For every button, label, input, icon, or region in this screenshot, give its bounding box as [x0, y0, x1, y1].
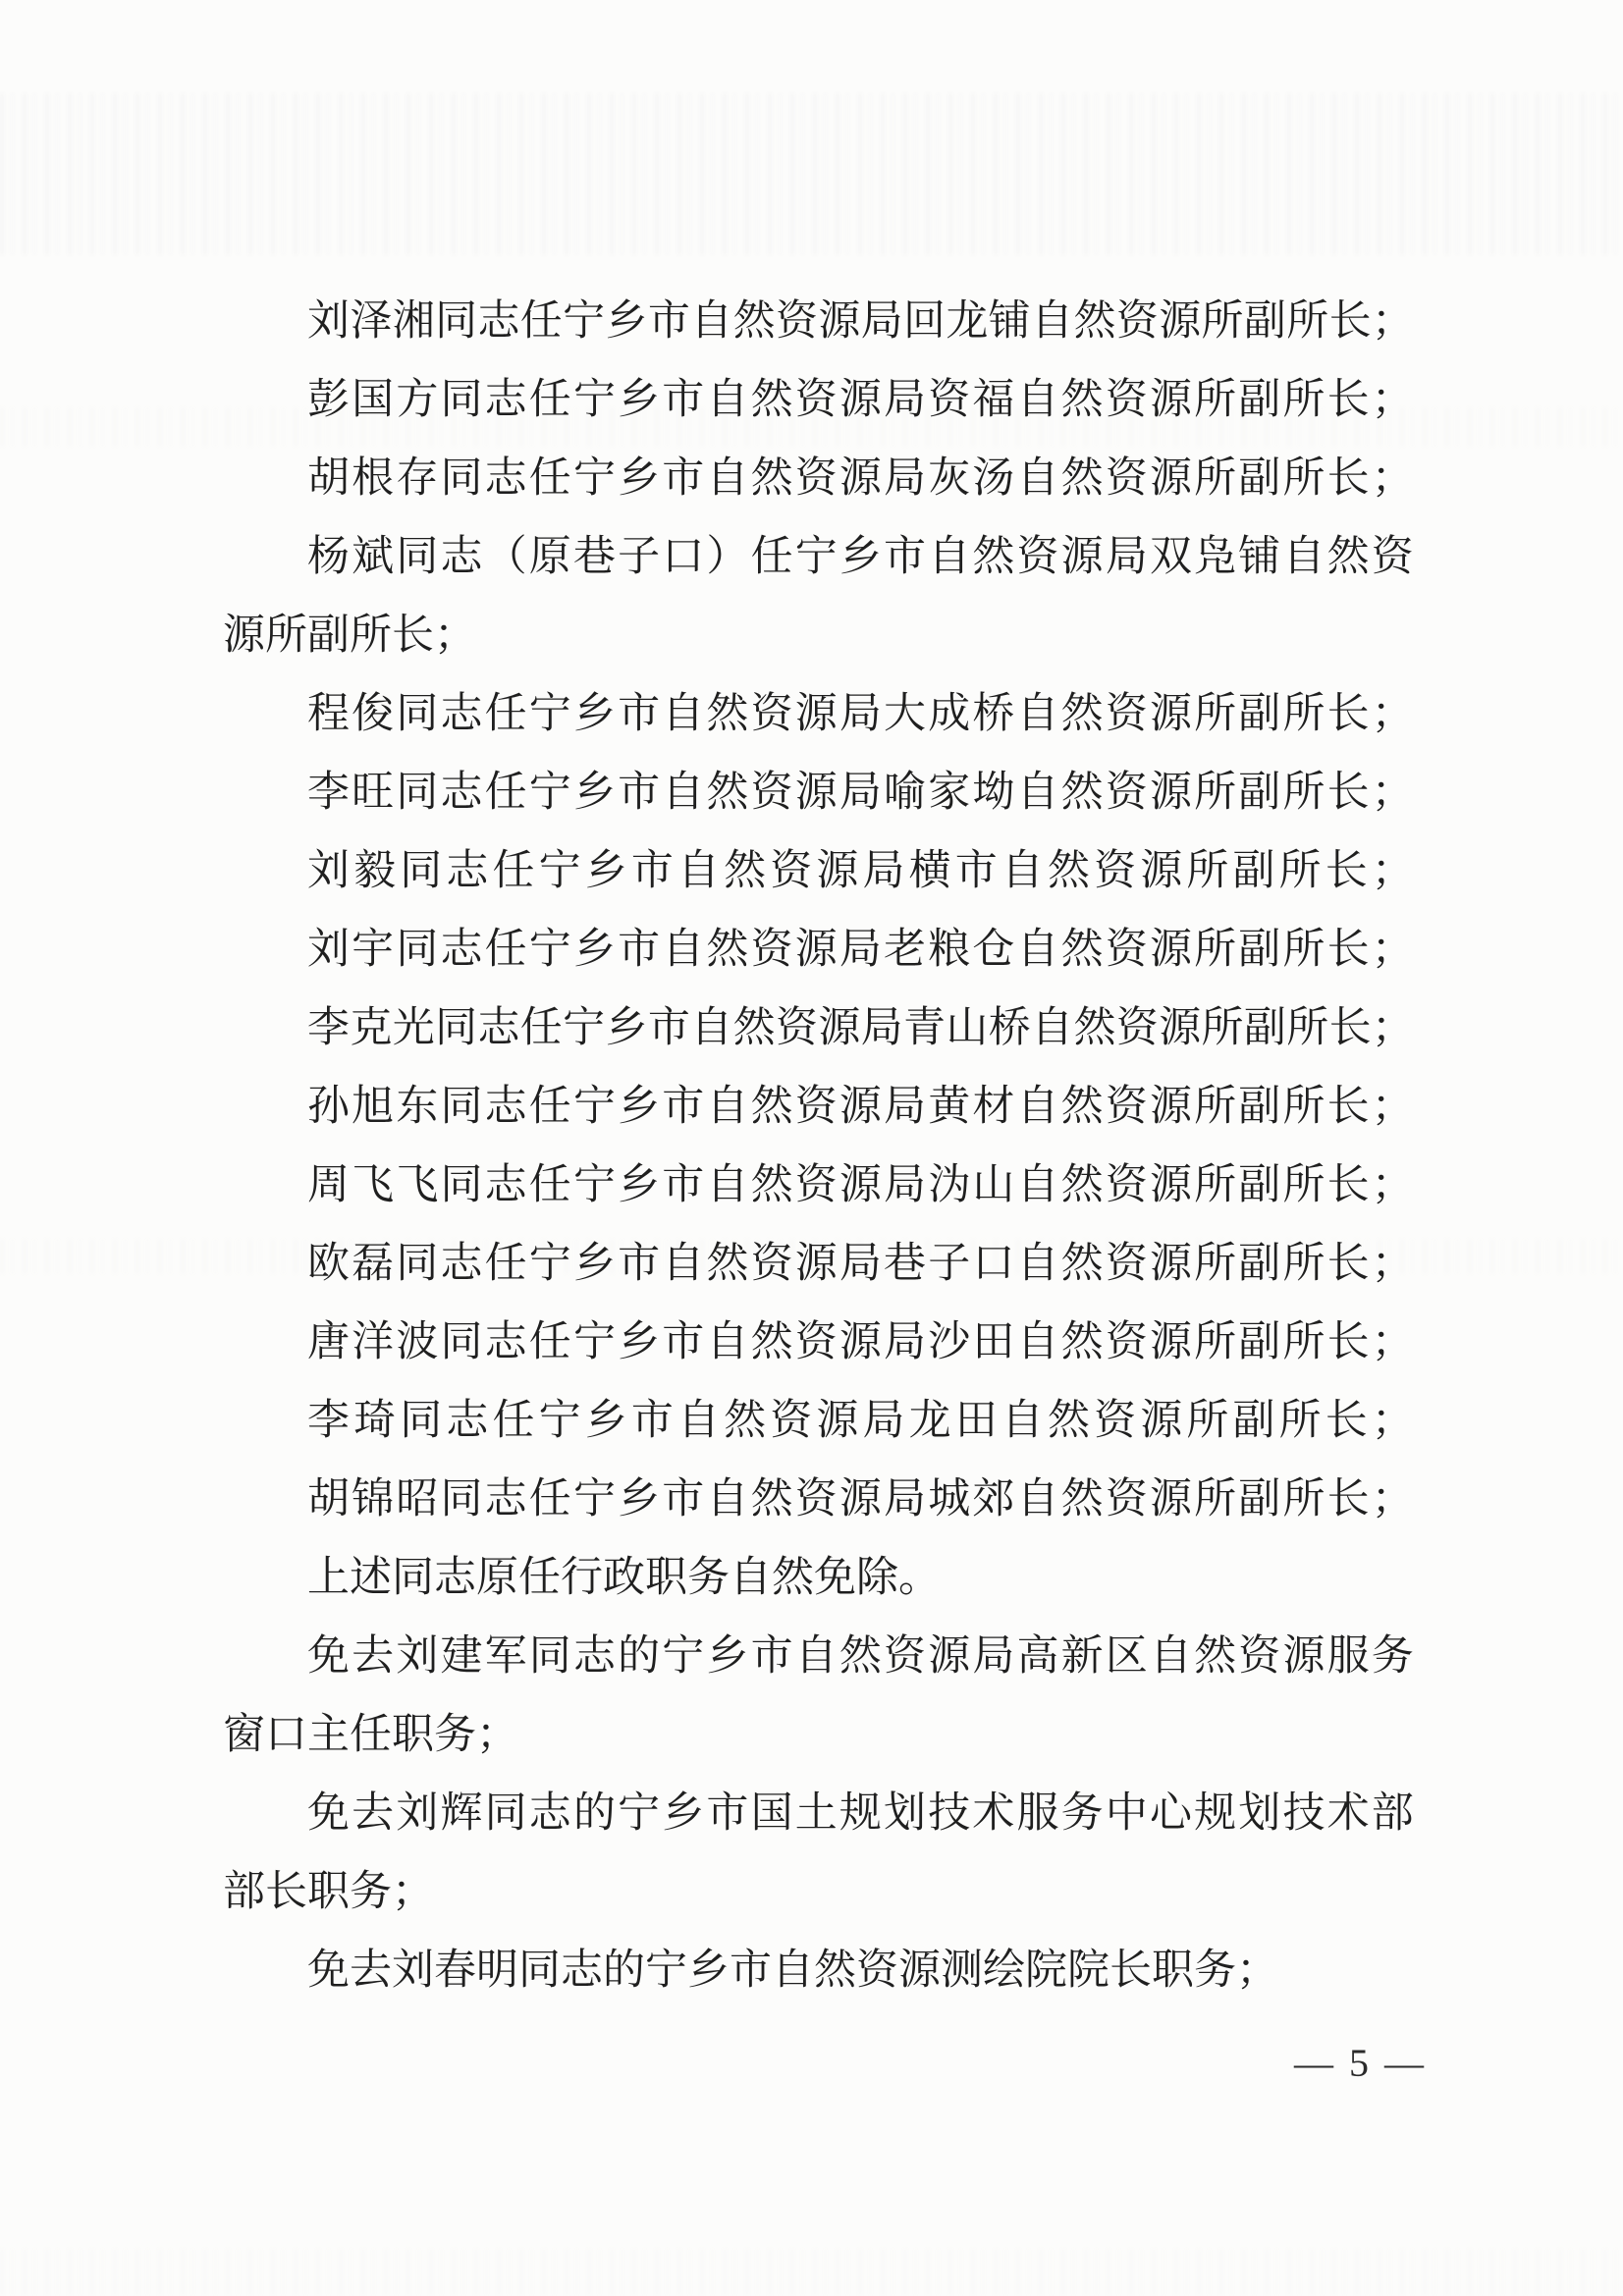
text-line: 彭国方同志任宁乡市自然资源局资福自然资源所副所长；	[223, 361, 1414, 440]
text-line: 胡根存同志任宁乡市自然资源局灰汤自然资源所副所长；	[223, 440, 1414, 518]
text-line: 孙旭东同志任宁乡市自然资源局黄材自然资源所副所长；	[223, 1068, 1414, 1147]
text-line: 胡锦昭同志任宁乡市自然资源局城郊自然资源所副所长；	[223, 1461, 1414, 1539]
text-line: 程俊同志任宁乡市自然资源局大成桥自然资源所副所长；	[223, 675, 1414, 754]
text-line: 免去刘春明同志的宁乡市自然资源测绘院院长职务；	[223, 1932, 1414, 2010]
text-line: 免去刘辉同志的宁乡市国土规划技术服务中心规划技术部	[223, 1775, 1414, 1853]
text-line: 李旺同志任宁乡市自然资源局喻家坳自然资源所副所长；	[223, 754, 1414, 832]
text-line: 刘宇同志任宁乡市自然资源局老粮仓自然资源所副所长；	[223, 911, 1414, 989]
scan-artifact	[0, 2248, 1623, 2296]
text-line: 部长职务；	[223, 1853, 1414, 1932]
scan-artifact	[0, 93, 1623, 255]
text-line: 刘泽湘同志任宁乡市自然资源局回龙铺自然资源所副所长；	[223, 283, 1414, 361]
page-number: — 5 —	[1294, 2034, 1427, 2093]
text-line: 刘毅同志任宁乡市自然资源局横市自然资源所副所长；	[223, 832, 1414, 911]
text-line: 周飞飞同志任宁乡市自然资源局沩山自然资源所副所长；	[223, 1147, 1414, 1225]
document-body: 刘泽湘同志任宁乡市自然资源局回龙铺自然资源所副所长；彭国方同志任宁乡市自然资源局…	[223, 283, 1414, 2010]
text-line: 源所副所长；	[223, 597, 1414, 675]
text-line: 杨斌同志（原巷子口）任宁乡市自然资源局双凫铺自然资	[223, 518, 1414, 597]
text-line: 欧磊同志任宁乡市自然资源局巷子口自然资源所副所长；	[223, 1225, 1414, 1304]
text-line: 李琦同志任宁乡市自然资源局龙田自然资源所副所长；	[223, 1382, 1414, 1461]
text-line: 上述同志原任行政职务自然免除。	[223, 1539, 1414, 1618]
text-line: 唐洋波同志任宁乡市自然资源局沙田自然资源所副所长；	[223, 1304, 1414, 1382]
document-page: 刘泽湘同志任宁乡市自然资源局回龙铺自然资源所副所长；彭国方同志任宁乡市自然资源局…	[0, 0, 1623, 2296]
text-line: 免去刘建军同志的宁乡市自然资源局高新区自然资源服务	[223, 1618, 1414, 1696]
text-line: 窗口主任职务；	[223, 1696, 1414, 1775]
text-line: 李克光同志任宁乡市自然资源局青山桥自然资源所副所长；	[223, 989, 1414, 1068]
